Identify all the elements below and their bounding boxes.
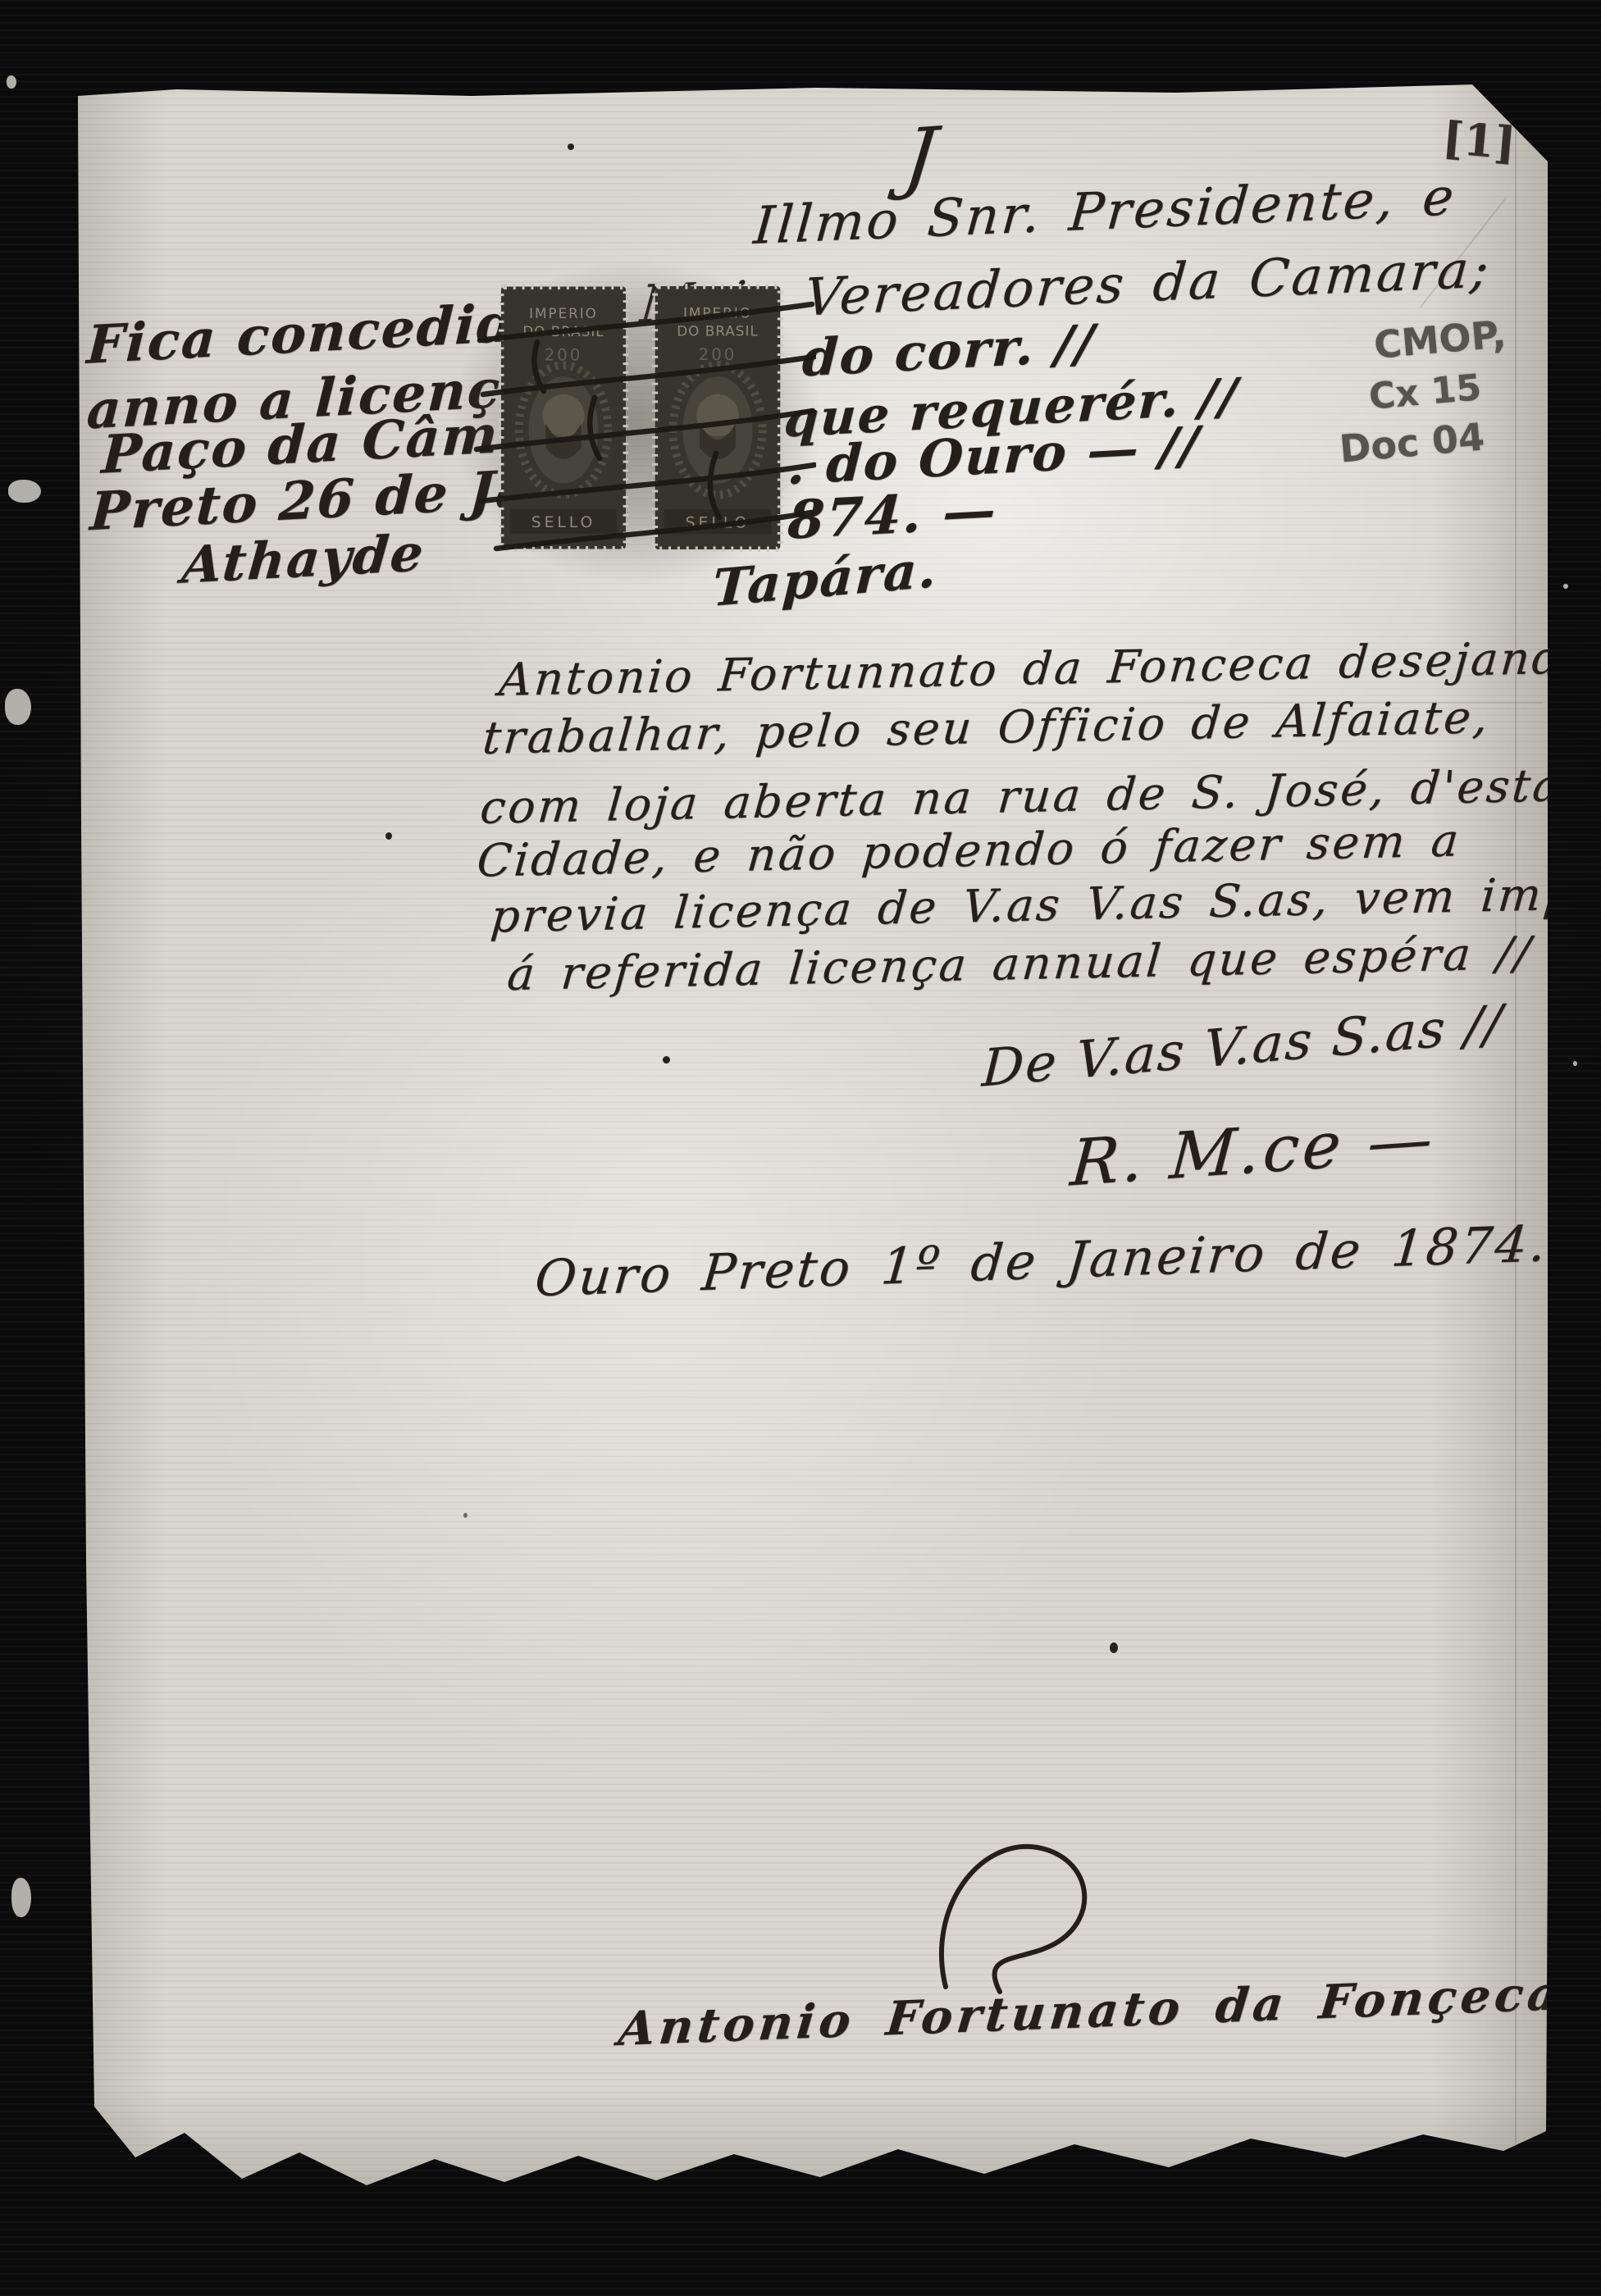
scan-background: [1] CMOP, Cx 15 Doc 04 J Illmo Snr. Pres… [0,0,1601,2296]
document-page: [1] CMOP, Cx 15 Doc 04 J Illmo Snr. Pres… [78,84,1548,2213]
ink-speck [385,832,392,840]
margin-speck [11,1878,31,1917]
margin-speck [1573,1061,1577,1066]
ink-speck [1110,1642,1118,1653]
salutation-line-1: Illmo Snr. Presidente, e [751,166,1458,256]
archive-doc: Doc 04 [1338,414,1486,471]
margin-speck [8,480,41,503]
ink-speck [663,1056,670,1064]
archive-box: Cx 15 [1367,367,1483,418]
stamp-cancellation-strokes [472,289,816,568]
margin-speck [5,689,31,725]
ink-speck [463,1513,468,1518]
despatch-signature-athayde: Athayde [180,522,427,594]
archive-code: CMOP, [1372,312,1507,367]
page-number-annotation: [1] [1440,111,1517,169]
signature-flourish [931,1829,1128,1998]
valediction: De V.as V.as S.as // [980,994,1504,1099]
margin-speck [7,75,16,89]
margin-speck [1563,584,1568,589]
dateline: Ouro Preto 1º de Janeiro de 1874. — [532,1212,1601,1308]
fold-crease-vertical [1515,84,1517,2143]
closing-formula: R. M.ce — [1068,1102,1438,1201]
ink-speck [568,143,574,150]
